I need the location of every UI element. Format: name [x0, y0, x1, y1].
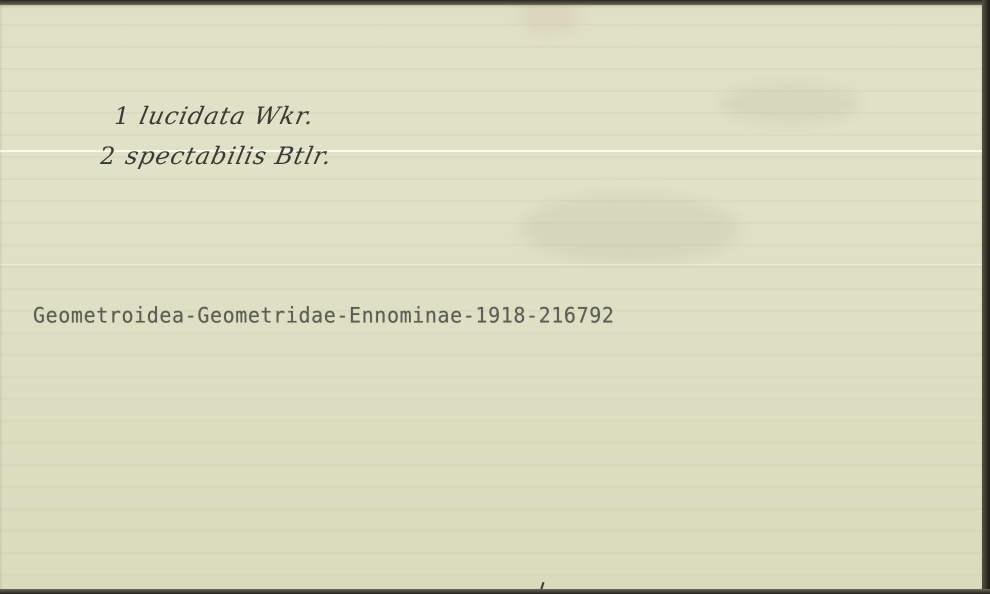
entry-text: spectabilis Btlr.	[123, 142, 335, 170]
light-streak	[0, 264, 983, 265]
handwritten-entry-2: 2spectabilis Btlr.	[97, 142, 335, 170]
entry-text: lucidata Wkr.	[137, 102, 317, 130]
index-card: 1lucidata Wkr. 2spectabilis Btlr. Geomet…	[0, 4, 983, 589]
taxonomy-classification: Geometroidea-Geometridae-Ennominae-1918-…	[33, 302, 615, 328]
stain	[520, 0, 580, 34]
handwritten-entry-1: 1lucidata Wkr.	[111, 102, 317, 130]
stain	[520, 194, 740, 264]
card-bottom-edge	[0, 589, 990, 594]
stain	[720, 84, 860, 124]
card-top-edge	[0, 0, 990, 5]
card-right-edge	[982, 0, 990, 594]
